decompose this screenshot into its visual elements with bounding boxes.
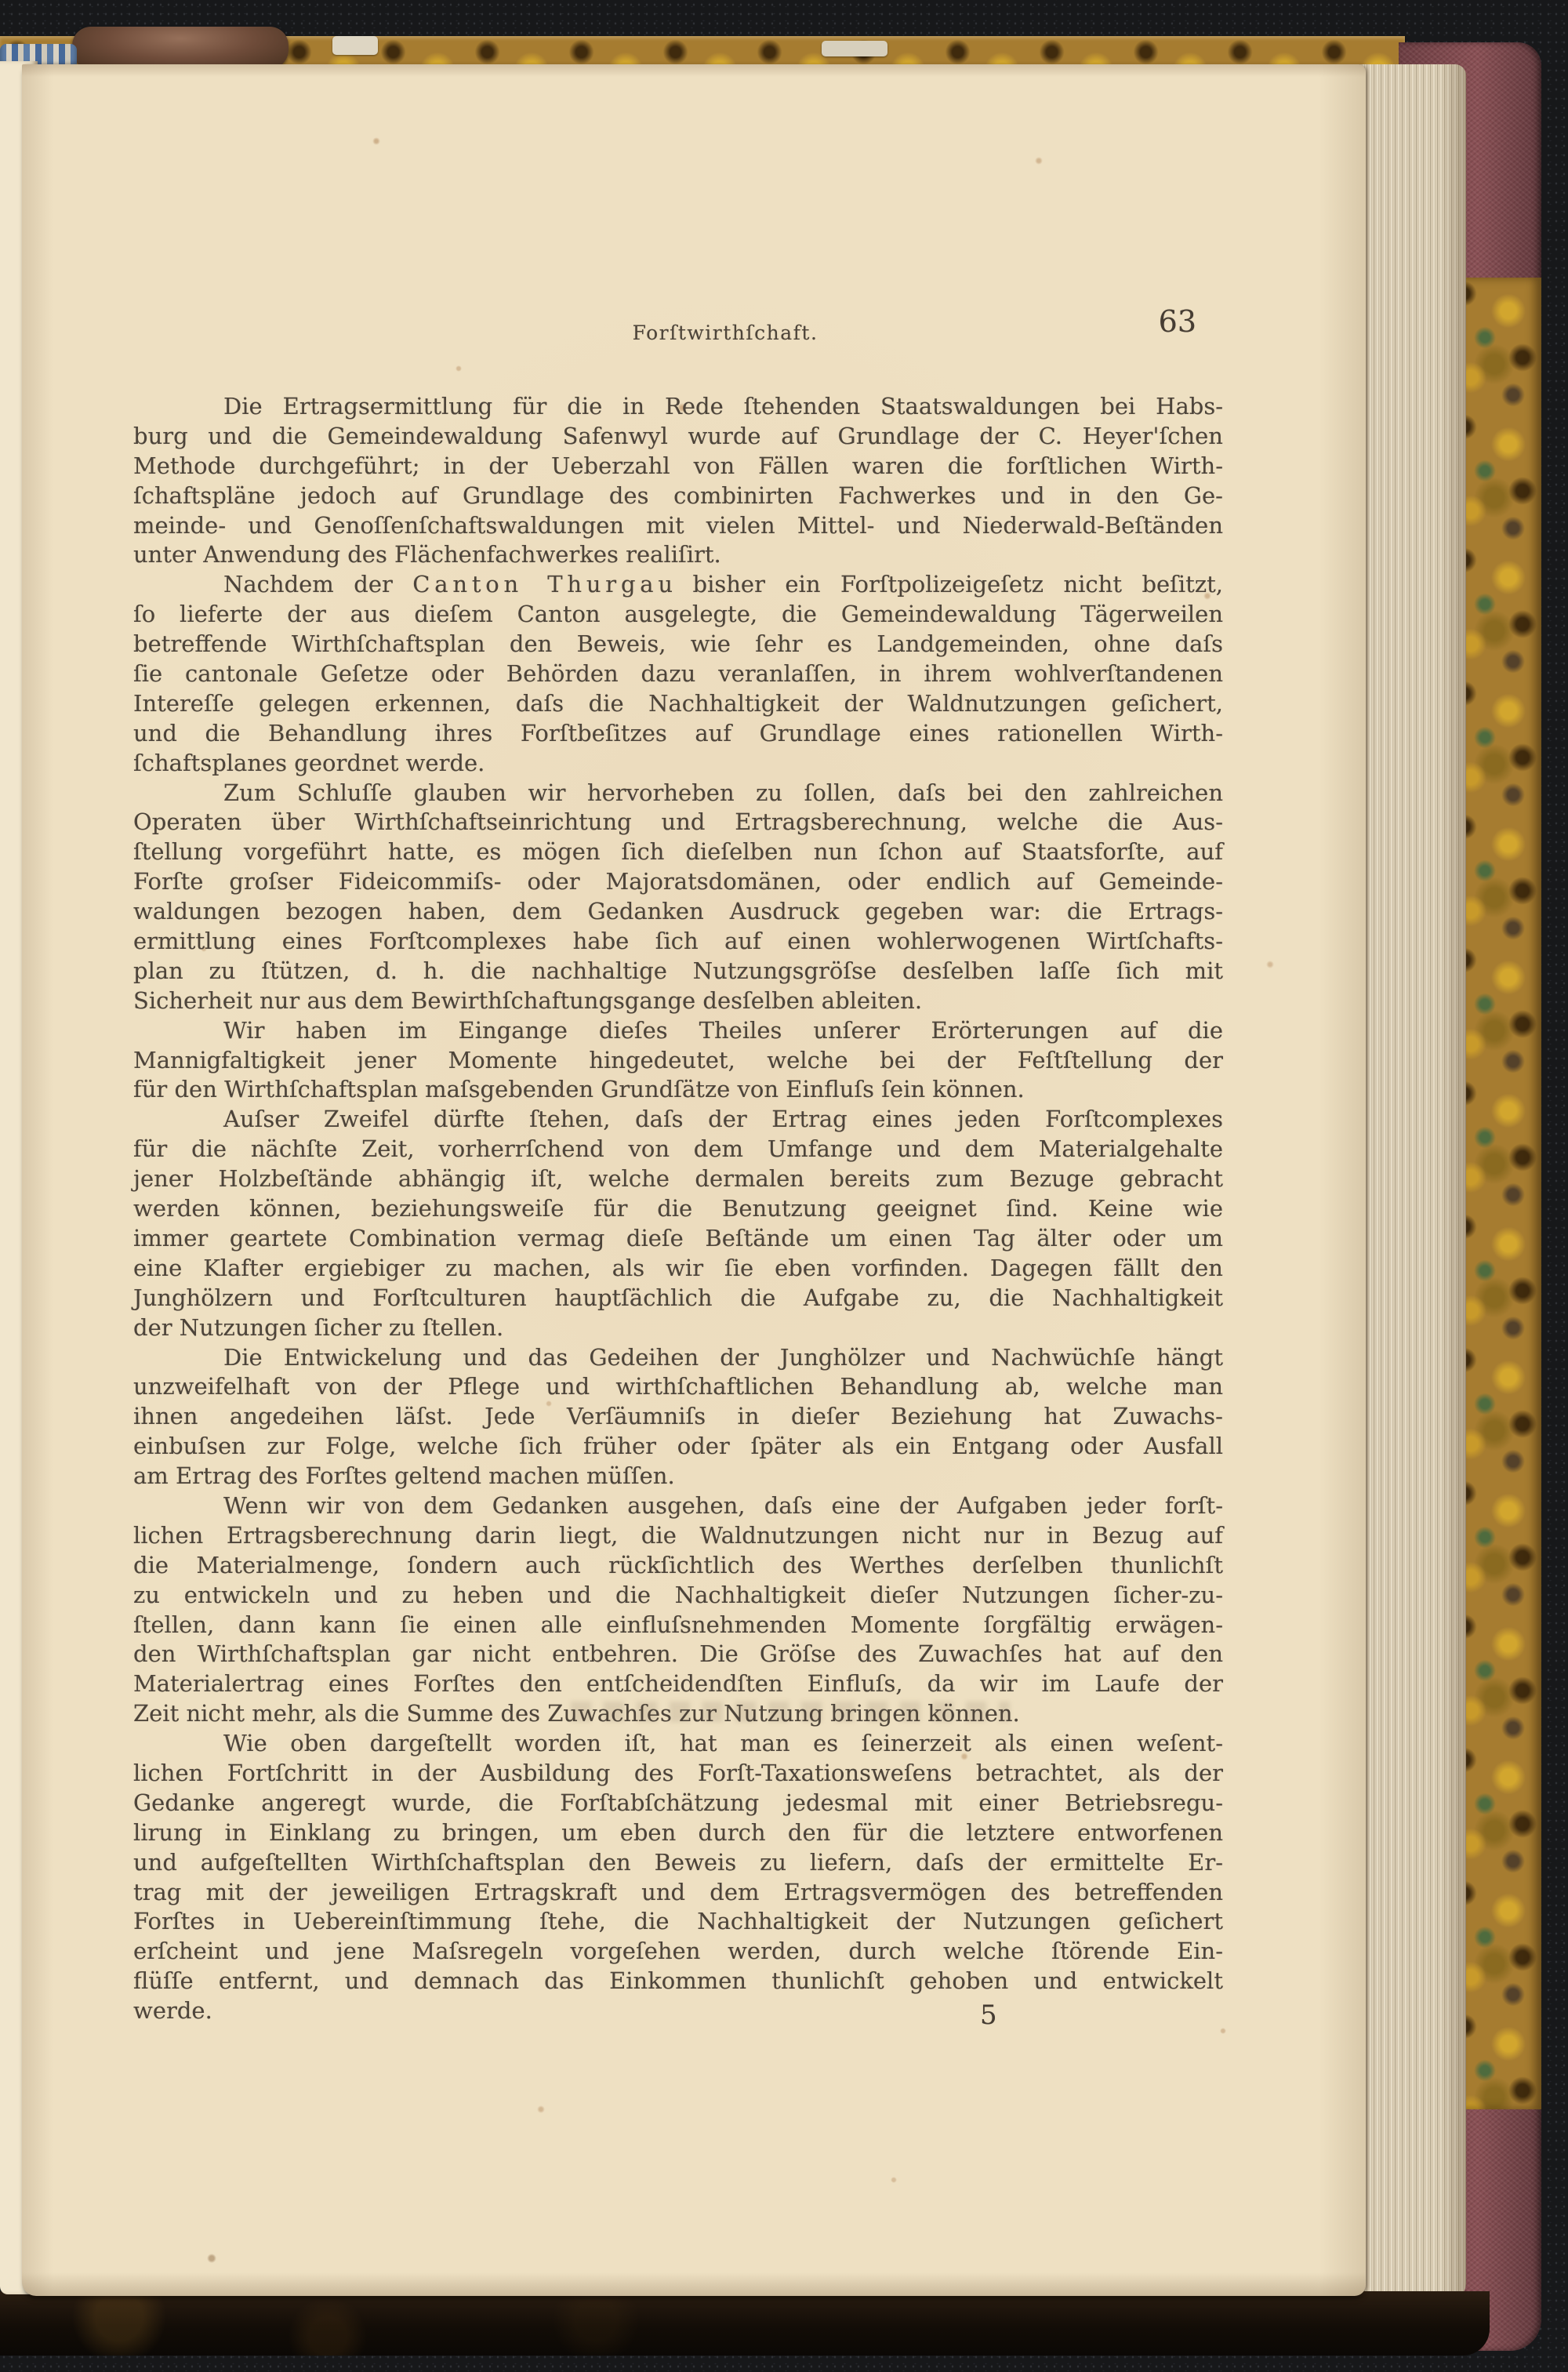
text-line: werde. xyxy=(133,1996,1223,2026)
text-line: plan zu ſtützen, d. h. die nachhaltige N… xyxy=(133,957,1223,986)
text-line: für die nächſte Zeit, vorherrſchend von … xyxy=(133,1135,1223,1164)
text-line: meinde- und Genoſſenſchaftswaldungen mit… xyxy=(133,511,1223,541)
text-line: die Materialmenge, ſondern auch rückſich… xyxy=(133,1551,1223,1581)
text-line: einbuſsen zur Folge, welche ſich früher … xyxy=(133,1432,1223,1462)
text-line: Mannigfaltigkeit jener Momente hingedeut… xyxy=(133,1046,1223,1076)
text-line: Zum Schluſſe glauben wir hervorheben zu … xyxy=(133,779,1223,808)
text-line: trag mit der jeweiligen Ertragskraft und… xyxy=(133,1878,1223,1908)
text-line: erſcheint und jene Maſsregeln vorgeſehen… xyxy=(133,1937,1223,1967)
text-line: Wenn wir von dem Gedanken ausgehen, daſs… xyxy=(133,1491,1223,1521)
text-line: Forſte groſser Fideicommiſs- oder Majora… xyxy=(133,867,1223,897)
text-line: lirung in Einklang zu bringen, um eben d… xyxy=(133,1818,1223,1848)
text-line: jener Holzbeſtände abhängig iſt, welche … xyxy=(133,1164,1223,1194)
text-line: für den Wirthſchaftsplan maſsgebenden Gr… xyxy=(133,1075,1223,1105)
text-line: burg und die Gemeindewaldung Safenwyl wu… xyxy=(133,422,1223,452)
text-line: werden können, beziehungsweiſe für die B… xyxy=(133,1194,1223,1224)
text-line: Zeit nicht mehr, als die Summe des Zuwac… xyxy=(133,1699,1223,1729)
text-line: ſchaftsplanes geordnet werde. xyxy=(133,749,1223,779)
text-line: Sicherheit nur aus dem Bewirthſchaftungs… xyxy=(133,986,1223,1016)
text-line: flüſſe entfernt, und demnach das Einkomm… xyxy=(133,1967,1223,1996)
text-line: Die Entwickelung und das Gedeihen der Ju… xyxy=(133,1343,1223,1373)
spine-headcap-leather xyxy=(72,27,289,69)
text-line: lichen Ertragsberechnung darin liegt, di… xyxy=(133,1521,1223,1551)
text-line: unter Anwendung des Flächenfachwerkes re… xyxy=(133,540,1223,570)
text-line: Junghölzern und Forſtculturen hauptſächl… xyxy=(133,1284,1223,1313)
text-line: Die Ertragsermittlung für die in Rede ſt… xyxy=(133,392,1223,422)
text-line: ihnen angedeihen läſst. Jede Verſäumniſs… xyxy=(133,1402,1223,1432)
text-line: und die Behandlung ihres Forſtbeſitzes a… xyxy=(133,719,1223,749)
text-line: der Nutzungen ſicher zu ſtellen. xyxy=(133,1313,1223,1343)
text-line: lichen Fortſchritt in der Ausbildung des… xyxy=(133,1759,1223,1789)
text-line: ſo lieferte der aus dieſem Canton ausgel… xyxy=(133,600,1223,630)
text-line: unzweifelhaft von der Pflege und wirthſc… xyxy=(133,1372,1223,1402)
text-line: ſie cantonale Geſetze oder Behörden dazu… xyxy=(133,659,1223,689)
text-line: am Ertrag des Forſtes geltend machen müſ… xyxy=(133,1462,1223,1491)
text-line: waldungen bezogen haben, dem Gedanken Au… xyxy=(133,897,1223,927)
text-line: Forſtes in Uebereinſtimmung ſtehe, die N… xyxy=(133,1907,1223,1937)
scanned-book-photo: Forſtwirthſchaft. 63 Die Ertragsermittlu… xyxy=(0,0,1568,2372)
text-line: Materialertrag eines Forſtes den entſche… xyxy=(133,1669,1223,1699)
text-line: zu entwickeln und zu heben und die Nachh… xyxy=(133,1581,1223,1611)
text-block: Die Ertragsermittlung für die in Rede ſt… xyxy=(133,392,1223,2026)
text-line: eine Klafter ergiebiger zu machen, als w… xyxy=(133,1254,1223,1284)
book-bottom-edge xyxy=(0,2291,1490,2356)
text-line: ſtellen, dann kann ſie einen alle einflu… xyxy=(133,1611,1223,1640)
signature-mark: 5 xyxy=(980,2000,997,2031)
text-line: Gedanke angeregt wurde, die Forſtabſchät… xyxy=(133,1789,1223,1818)
text-line: Wie oben dargeſtellt worden iſt, hat man… xyxy=(133,1729,1223,1759)
text-line: den Wirthſchaftsplan gar nicht entbehren… xyxy=(133,1640,1223,1669)
text-line: betreffende Wirthſchaftsplan den Beweis,… xyxy=(133,630,1223,659)
text-line: Methode durchgeführt; in der Ueberzahl v… xyxy=(133,452,1223,481)
text-line: Wir haben im Eingange dieſes Theiles unſ… xyxy=(133,1016,1223,1046)
text-line: Operaten über Wirthſchaftseinrichtung un… xyxy=(133,808,1223,837)
page-content: Forſtwirthſchaft. 63 Die Ertragsermittlu… xyxy=(133,314,1223,2133)
page-number: 63 xyxy=(1159,304,1196,339)
text-line: ſtellung vorgeführt hatte, es mögen ſich… xyxy=(133,837,1223,867)
text-line: und aufgeſtellten Wirthſchaftsplan den B… xyxy=(133,1848,1223,1878)
text-line: ſchaftspläne jedoch auf Grundlage des co… xyxy=(133,481,1223,511)
paper-scrap xyxy=(332,36,378,55)
running-header: Forſtwirthſchaft. xyxy=(133,321,1223,344)
text-line: immer geartete Combination vermag dieſe … xyxy=(133,1224,1223,1254)
paper-scrap xyxy=(822,41,887,56)
page-block-fore-edge xyxy=(1348,64,1466,2301)
text-line: Intereſſe gelegen erkennen, daſs die Nac… xyxy=(133,689,1223,719)
text-line: Nachdem der C a n t o n T h u r g a u bi… xyxy=(133,570,1223,600)
text-line: Auſser Zweifel dürfte ſtehen, daſs der E… xyxy=(133,1105,1223,1135)
page: Forſtwirthſchaft. 63 Die Ertragsermittlu… xyxy=(22,64,1366,2296)
text-line: ermittlung eines Forſtcomplexes habe ſic… xyxy=(133,927,1223,957)
